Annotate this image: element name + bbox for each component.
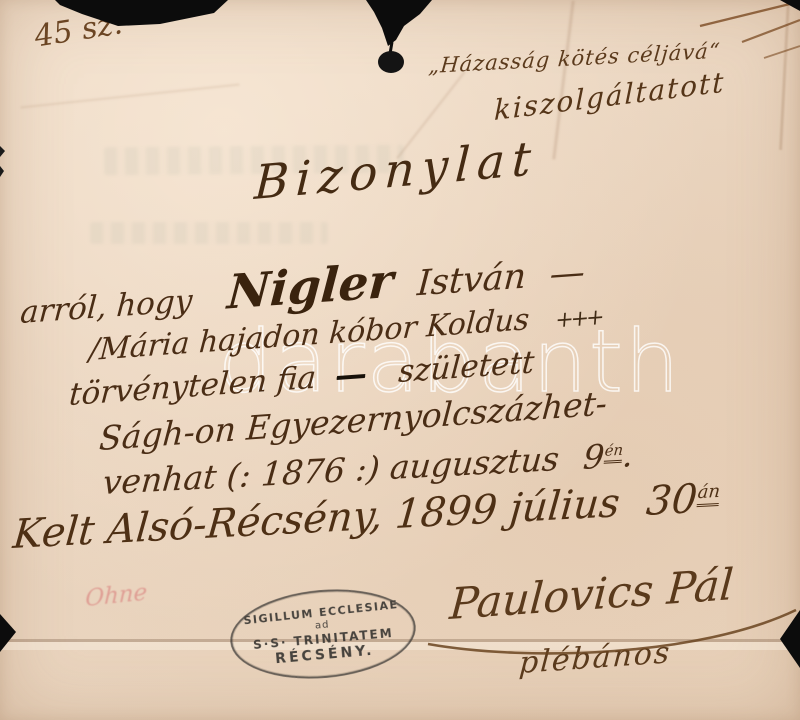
dateline-day: 30án (644, 475, 721, 525)
church-seal-stamp: SIGILLUM ECCLESIAE ad S·S· TRINITATEM RÉ… (227, 582, 420, 686)
crease-line (552, 0, 574, 159)
annotation-text: kiszolgáltatott (494, 65, 726, 127)
day-number: 9 (582, 437, 606, 477)
heavy-dash: — (335, 356, 368, 394)
annotation-line2: kiszolgáltatott (492, 66, 727, 127)
document-title: Bizonylat (252, 131, 540, 211)
signature-role: plébános (518, 635, 672, 681)
signature-role-text: plébános (518, 635, 673, 681)
crease-line (779, 0, 790, 150)
body-text: született (397, 344, 535, 390)
signature-text: Paulovics Pál (448, 560, 735, 630)
hatch-marks: +++ (554, 305, 602, 333)
period: . (621, 435, 635, 475)
signature-name: Paulovics Pál (448, 560, 735, 630)
stamp-text-mid: ad (315, 619, 330, 631)
dash: — (549, 252, 585, 295)
body-text: arról, hogy (19, 283, 194, 331)
body-text: törvénytelen fia (68, 360, 317, 414)
crease-line (20, 84, 239, 109)
day-ordinal: án (697, 481, 721, 507)
title-text: Bizonylat (253, 131, 539, 211)
person-name: István (416, 256, 528, 304)
red-note-text: Ohne (85, 579, 148, 612)
birth-day: 9én. (582, 435, 635, 477)
person-name: Nigler (226, 254, 396, 321)
document-paper: darabanth 45 sz. „Házasság kötés céljává… (0, 0, 800, 720)
day-number: 30 (644, 476, 699, 525)
bleed-through-text (90, 222, 328, 244)
red-pencil-note: Ohne (84, 580, 148, 612)
reference-number: 45 sz. (32, 6, 125, 54)
